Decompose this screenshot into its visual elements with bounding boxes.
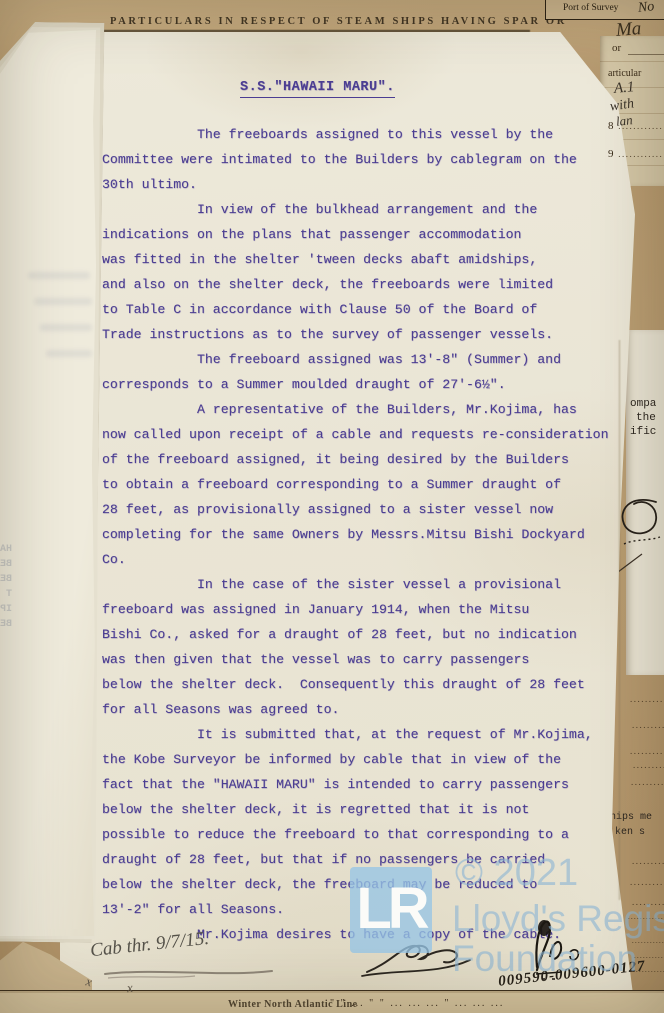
fragment-or: or: [612, 42, 621, 54]
margin-number-row: ............ 8: [628, 910, 664, 926]
paragraph-4: A representative of the Builders, Mr.Koj…: [102, 397, 632, 572]
dotted-row: ............: [630, 746, 664, 756]
ink-signature-left: [352, 928, 476, 984]
typed-memo-page: S.S."HAWAII MARU". The freeboards assign…: [60, 32, 635, 992]
pencil-x-mark: x: [126, 980, 133, 997]
page-title: S.S."HAWAII MARU".: [240, 80, 395, 98]
scanned-archive-photo: PARTICULARS IN RESPECT OF STEAM SHIPS HA…: [0, 0, 664, 1013]
background-form-header: PARTICULARS IN RESPECT OF STEAM SHIPS HA…: [110, 16, 580, 27]
dotted-row: ............: [632, 856, 664, 866]
fragment-articular: articular: [608, 68, 641, 79]
paragraph-5: In the case of the sister vessel a provi…: [102, 572, 632, 722]
ditto-marks-row: " " ... " " ... ... ... " ... ... ...: [330, 998, 664, 1009]
leader-dots: ............: [632, 936, 664, 945]
fragment-ific: ific: [630, 426, 656, 438]
paragraph-2: In view of the bulkhead arrangement and …: [102, 197, 632, 347]
row-9-number: 9: [608, 148, 615, 160]
paragraph-6: It is submitted that, at the request of …: [102, 722, 632, 922]
bleed-through-line: [34, 298, 92, 305]
fragment-or-line: [628, 54, 664, 55]
row-9-dots: ............: [618, 149, 663, 159]
background-form-rule: [88, 30, 530, 32]
dotted-row: ............: [633, 760, 664, 770]
row-8-dots: ............: [618, 121, 663, 131]
fragment-hips: hips me: [610, 812, 652, 823]
paper-stack-top-sheet: HA BE BE T IP BE: [0, 30, 96, 936]
row-8-number: 8: [608, 120, 615, 132]
port-of-survey-label: Port of Survey: [563, 3, 618, 13]
dotted-row: ............: [630, 694, 664, 704]
bleed-through-line: [40, 324, 92, 331]
port-of-survey-value: No: [637, 0, 655, 17]
dotted-row: ............: [630, 877, 664, 887]
fragment-a1: A.1: [613, 79, 635, 98]
bleed-through-line: [46, 350, 92, 357]
margin-number-row: ............ 7: [632, 934, 664, 950]
paragraph-1: The freeboards assigned to this vessel b…: [102, 122, 632, 197]
leader-dots: ............: [628, 912, 664, 921]
fragment-row-8: 8 ............: [608, 120, 663, 132]
bleed-through-line: [28, 272, 90, 279]
dotted-row: ............: [631, 777, 664, 787]
dotted-row: ............: [632, 897, 664, 907]
fragment-ompa: ompa: [630, 398, 656, 410]
dotted-row: ............: [632, 720, 664, 730]
page-crease: [618, 340, 621, 900]
fragment-the: the: [636, 412, 656, 424]
fragment-row-9: 9 ............: [608, 148, 663, 160]
paragraph-3: The freeboard assigned was 13'-8" (Summe…: [102, 347, 632, 397]
memo-body: The freeboards assigned to this vessel b…: [102, 122, 632, 947]
bleed-through-text: HA BE BE T IP BE: [0, 542, 12, 632]
